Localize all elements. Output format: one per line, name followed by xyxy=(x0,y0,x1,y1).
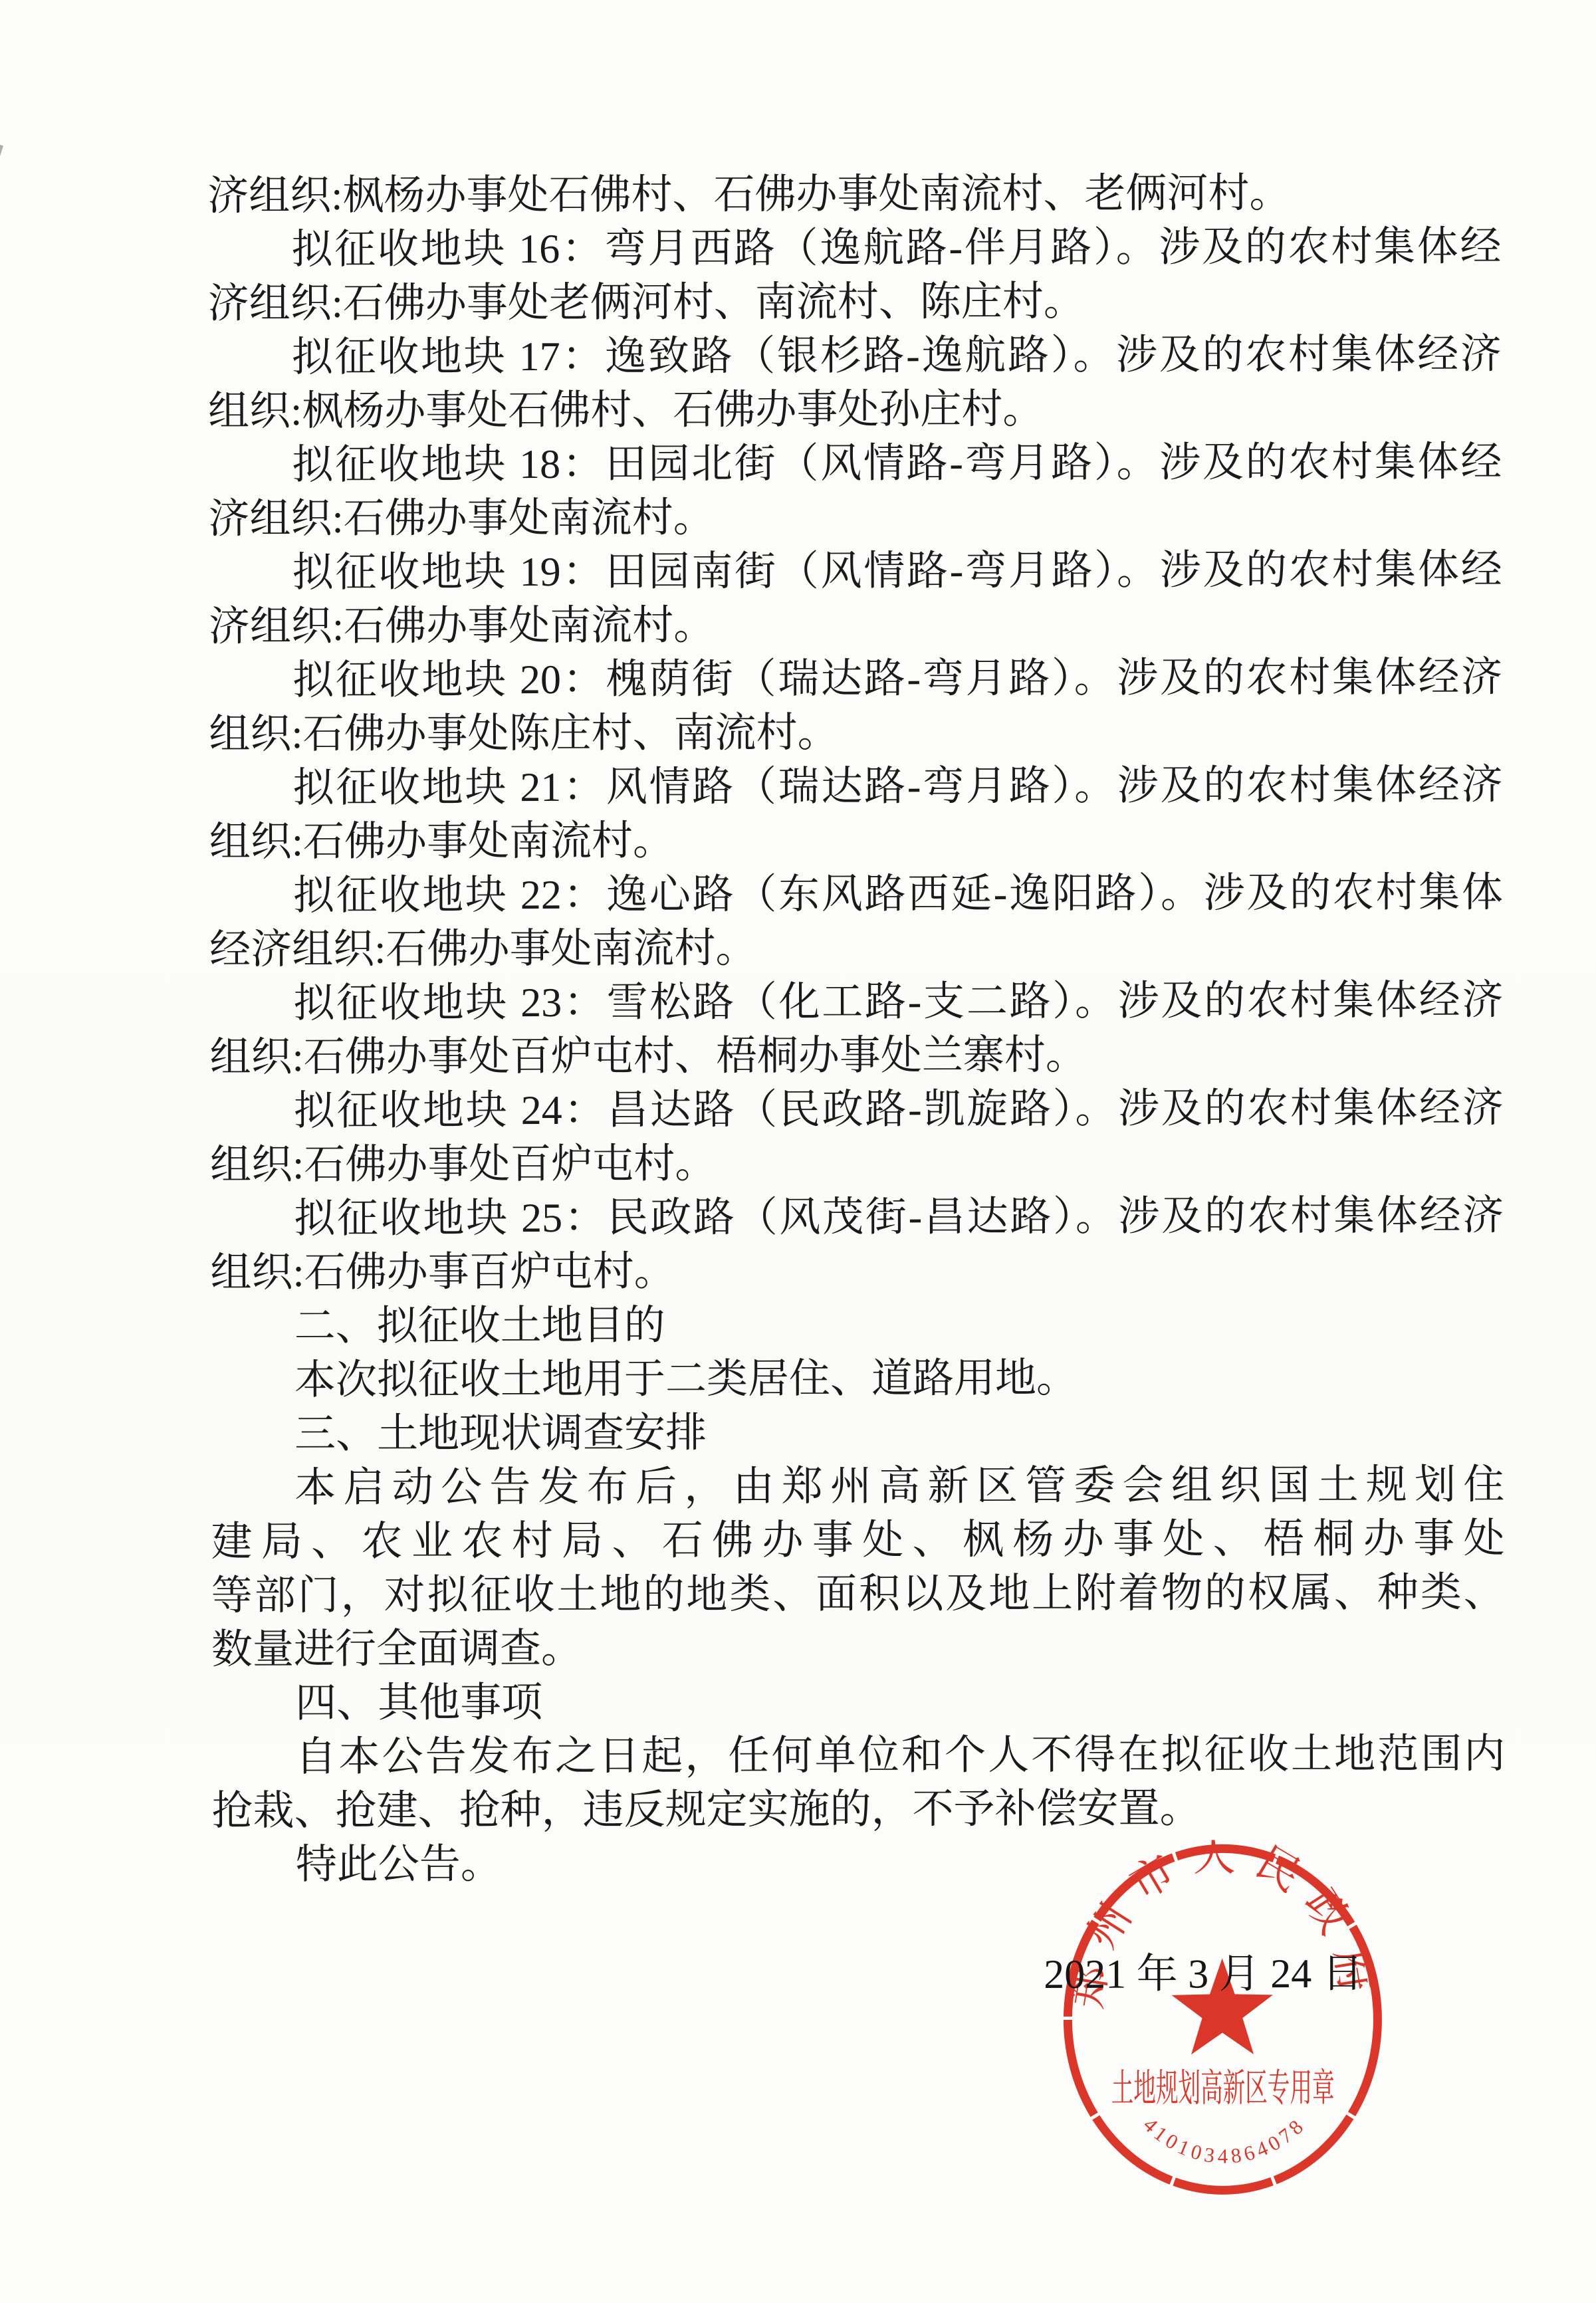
text-line: 组织:石佛办事百炉屯村。 xyxy=(210,1243,1504,1300)
text-line: 拟征收地块 17：逸致路（银杉路-逸航路）。涉及的农村集体经济 xyxy=(208,328,1502,385)
text-line: 拟征收地块 18：田园北街（风情路-弯月路）。涉及的农村集体经 xyxy=(208,435,1502,493)
text-line: 二、拟征收土地目的 xyxy=(211,1297,1504,1354)
text-line: 本启动公告发布后，由郑州高新区管委会组织国土规划住 xyxy=(211,1458,1504,1515)
scanned-sheet: 济组织:枫杨办事处石佛村、石佛办事处南流村、老俩河村。拟征收地块 16：弯月西路… xyxy=(0,0,1596,2303)
text-line: 本次拟征收土地用于二类居住、道路用地。 xyxy=(211,1351,1504,1408)
text-line: 抢栽、抢建、抢种，违反规定实施的，不予补偿安置。 xyxy=(211,1781,1505,1838)
text-line: 拟征收地块 20：槐荫街（瑞达路-弯月路）。涉及的农村集体经济 xyxy=(209,651,1502,708)
text-line: 拟征收地块 24：昌达路（民政路-凯旋路）。涉及的农村集体经济 xyxy=(210,1081,1504,1139)
text-line: 建局、农业农村局、石佛办事处、枫杨办事处、梧桐办事处 xyxy=(211,1512,1504,1569)
document-body: 济组织:枫杨办事处石佛村、石佛办事处南流村、老俩河村。拟征收地块 16：弯月西路… xyxy=(207,166,1506,1892)
text-line: 自本公告发布之日起，任何单位和个人不得在拟征收土地范围内 xyxy=(211,1727,1505,1785)
text-line: 拟征收地块 21：风情路（瑞达路-弯月路）。涉及的农村集体经济 xyxy=(209,758,1502,816)
text-line: 拟征收地块 19：田园南街（风情路-弯月路）。涉及的农村集体经 xyxy=(209,543,1502,600)
text-line: 拟征收地块 23：雪松路（化工路-支二路）。涉及的农村集体经济 xyxy=(209,974,1503,1031)
scan-artifact xyxy=(0,145,3,162)
seal-center-label: 土地规划高新区专用章 xyxy=(1111,2066,1335,2110)
text-line: 经济组织:石佛办事处南流村。 xyxy=(209,920,1503,977)
text-line: 数量进行全面调查。 xyxy=(211,1620,1505,1677)
seal-serial-number: 4101034864078 xyxy=(1139,2112,1310,2167)
official-seal: 郑州市人民政府 土地规划高新区专用章 4101034864078 xyxy=(1059,1840,1388,2203)
text-line: 济组织:石佛办事处老俩河村、南流村、陈庄村。 xyxy=(208,274,1502,331)
text-line: 组织:石佛办事处百炉屯村、梧桐办事处兰寨村。 xyxy=(210,1028,1504,1085)
text-line: 组织:石佛办事处陈庄村、南流村。 xyxy=(209,705,1502,762)
text-line: 拟征收地块 16：弯月西路（逸航路-伴月路）。涉及的农村集体经 xyxy=(207,220,1501,277)
text-line: 组织:石佛办事处百炉屯村。 xyxy=(210,1135,1504,1192)
text-line: 等部门，对拟征收土地的地类、面积以及地上附着物的权属、种类、 xyxy=(211,1566,1505,1623)
text-line: 济组织:枫杨办事处石佛村、石佛办事处南流村、老俩河村。 xyxy=(207,166,1501,223)
text-line: 拟征收地块 25：民政路（风茂街-昌达路）。涉及的农村集体经济 xyxy=(210,1189,1504,1246)
text-line: 组织:枫杨办事处石佛村、石佛办事处孙庄村。 xyxy=(208,382,1502,439)
text-line: 济组织:石佛办事处南流村。 xyxy=(208,489,1502,546)
seal-serial-text: 4101034864078 xyxy=(1139,2112,1310,2167)
text-line: 拟征收地块 22：逸心路（东风路西延-逸阳路）。涉及的农村集体 xyxy=(209,866,1503,923)
text-line: 组织:石佛办事处南流村。 xyxy=(209,812,1503,869)
text-line: 四、其他事项 xyxy=(211,1674,1505,1731)
issue-date: 2021 年 3 月 24 日 xyxy=(1044,1947,1363,2002)
document-page: 济组织:枫杨办事处石佛村、石佛办事处南流村、老俩河村。拟征收地块 16：弯月西路… xyxy=(0,0,1596,2303)
text-line: 三、土地现状调查安排 xyxy=(211,1404,1504,1462)
text-line: 济组织:石佛办事处南流村。 xyxy=(209,597,1502,654)
